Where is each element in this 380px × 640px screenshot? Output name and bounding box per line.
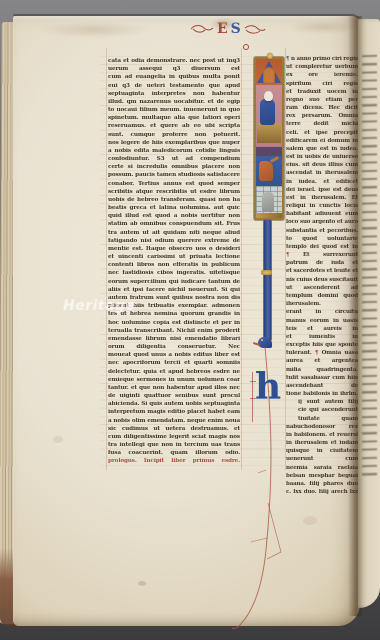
initial-masonry-scene: [256, 186, 282, 218]
text-line: conabor. Tertius annus est quod semper: [108, 180, 240, 188]
text-line: nec apocriforum tercii et quarti somniis: [108, 359, 240, 367]
text-line: beatis greca et latina uolumina. aut qui…: [108, 204, 240, 212]
text-line: reseruamus. et quere ab eo ubi scripta: [108, 122, 240, 130]
show-through-ghost: [40, 22, 150, 38]
text-line: nos legere de hiis exemplaribus que nupe…: [108, 139, 240, 147]
initial-gable-canopy: [256, 59, 282, 85]
parchment-stain: [138, 581, 146, 586]
text-line: fatigando nisi odium querere extreme de: [108, 237, 240, 245]
mason-figure: [262, 192, 274, 212]
text-line: septuaginta interpretes non habentur uel…: [108, 90, 240, 98]
running-title: E S: [190, 22, 266, 36]
text-line: illud. qm nazarenus uocabitur. et de egi…: [108, 98, 240, 106]
text-line: interpretum magis editio placet habet ea…: [108, 408, 240, 416]
throne: [257, 123, 281, 143]
text-line: cata et odia demonstrare. nec post ut in…: [108, 57, 240, 65]
text-line: moueat quod unus a nobis editus liber es…: [108, 351, 240, 359]
left-text-column: cata et odia demonstrare. nec post ut in…: [108, 57, 240, 466]
text-line: confodiuntur. S3 ut ad compendium ueniam: [108, 155, 240, 163]
text-line: et uincenti carissimi ut priuata lection…: [108, 253, 240, 261]
text-line: nec fastidiosis cibos ingeratis. uitetis…: [108, 269, 240, 277]
penwork-tick: [250, 381, 256, 382]
penwork-line: [252, 372, 253, 422]
text-line: sunt. cumque proferre non potuerit.: [108, 131, 240, 139]
chapter-initial-h: h: [255, 369, 281, 405]
worker-arm: [270, 156, 279, 163]
text-line: scribitis atque rescribitis ut esdre lib…: [108, 188, 240, 196]
title-pen-mark: [243, 44, 249, 50]
text-line: tra intellegi que non in tercium uas tra…: [108, 441, 240, 449]
king-figure: [260, 99, 275, 125]
text-line: prologus. Incipit liber primus esdre.: [108, 457, 240, 465]
text-line: emendasse librum nisi emendatio librari: [108, 335, 240, 343]
text-line: to uocaui filium meum. inuenerunt in quo: [108, 106, 240, 114]
text-line: contenti libros non efferatis in publicu…: [108, 261, 240, 269]
running-title-flourish-right-icon: [244, 23, 266, 35]
gold-finial-icon: [267, 53, 273, 59]
text-line: de uiginti quattuor senibus sunt procul: [108, 392, 240, 400]
text-line: tra autem ut ait quidam niti neque aliud: [108, 229, 240, 237]
text-line: terualla transcribant. Nichil enim prode…: [108, 327, 240, 335]
text-line: possum. paucis tamen studiosis satisface…: [108, 171, 240, 179]
text-line: eui q3 de ueteri testamento que apud: [108, 82, 240, 90]
text-line: a nobis olim emendatam. neque enim noua: [108, 417, 240, 425]
text-line: delectetur. quia et apud hebreos esdre n…: [108, 368, 240, 376]
running-title-letter-e: E: [217, 22, 228, 36]
parchment-stain: [303, 516, 317, 525]
text-line: quid illud est quod a nobis uertitur non: [108, 212, 240, 220]
facing-page: [358, 19, 380, 608]
manuscript-photo: E S cata et odia demonstrare. nec post u…: [0, 0, 380, 640]
running-title-letter-s: S: [231, 22, 241, 36]
gold-base: [256, 213, 282, 218]
text-line: cum ad euangelia in quibus multa ponit: [108, 73, 240, 81]
king-head: [264, 91, 273, 101]
text-line: spinetum. multaque alia que latiori oper…: [108, 114, 240, 122]
initial-king-scene: [256, 85, 282, 147]
text-line: a nobis edita maledicorum cotidie lingui…: [108, 147, 240, 155]
text-line: aliis et ipsi facere nichil nouerunt. Si…: [108, 286, 240, 294]
text-line: tantur. et que non habentur apud illos n…: [108, 384, 240, 392]
initial-tail-bar: [263, 219, 272, 341]
historiated-initial-I: [254, 57, 284, 220]
initial-divider-band: [256, 147, 282, 156]
text-line: uobis de hebreo transferam. quasi non ha: [108, 196, 240, 204]
worker-figure: [259, 161, 273, 181]
text-line: cum diligentissime legerit sciat magis n…: [108, 433, 240, 441]
text-line: eorum supercilium qui iudicare tantum de: [108, 278, 240, 286]
dragon-eye: [261, 339, 263, 341]
initial-tail-knot: [261, 270, 272, 275]
text-line: hoc uolumine copia est distincte et per …: [108, 319, 240, 327]
gable-arch: [263, 67, 275, 84]
dragon-head-icon: [258, 337, 272, 348]
parchment-stain: [53, 436, 63, 443]
text-line: certe si incredulis omnibus placere non: [108, 163, 240, 171]
ruling-line-vertical: [106, 48, 107, 470]
penwork-tick: [250, 398, 256, 399]
text-line: fusa coacuerint. quam illorum odio. Expl…: [108, 449, 240, 457]
text-line: emieque sermones in unum uolumen coar: [108, 376, 240, 384]
text-line: mentie est. Itaque obsecro uos o desider…: [108, 245, 240, 253]
watermark: Heritage: [63, 298, 136, 314]
text-line: abicienda. Si quis autem uobis septuagin…: [108, 400, 240, 408]
text-line: orum diligentia conseruetur. Nec quemqua…: [108, 343, 240, 351]
running-title-flourish-left-icon: [190, 23, 214, 35]
facing-page-text-blur: [362, 55, 377, 479]
text-line: uerum assequi q3 diuersum est murmurare: [108, 65, 240, 73]
initial-worker-scene: [256, 156, 282, 186]
text-line: statim ab omnibus conspuendum sit. Frus: [108, 220, 240, 228]
ruling-line-vertical: [241, 48, 242, 470]
text-line: sic cudimus ut uetera destruamus. et tam…: [108, 425, 240, 433]
